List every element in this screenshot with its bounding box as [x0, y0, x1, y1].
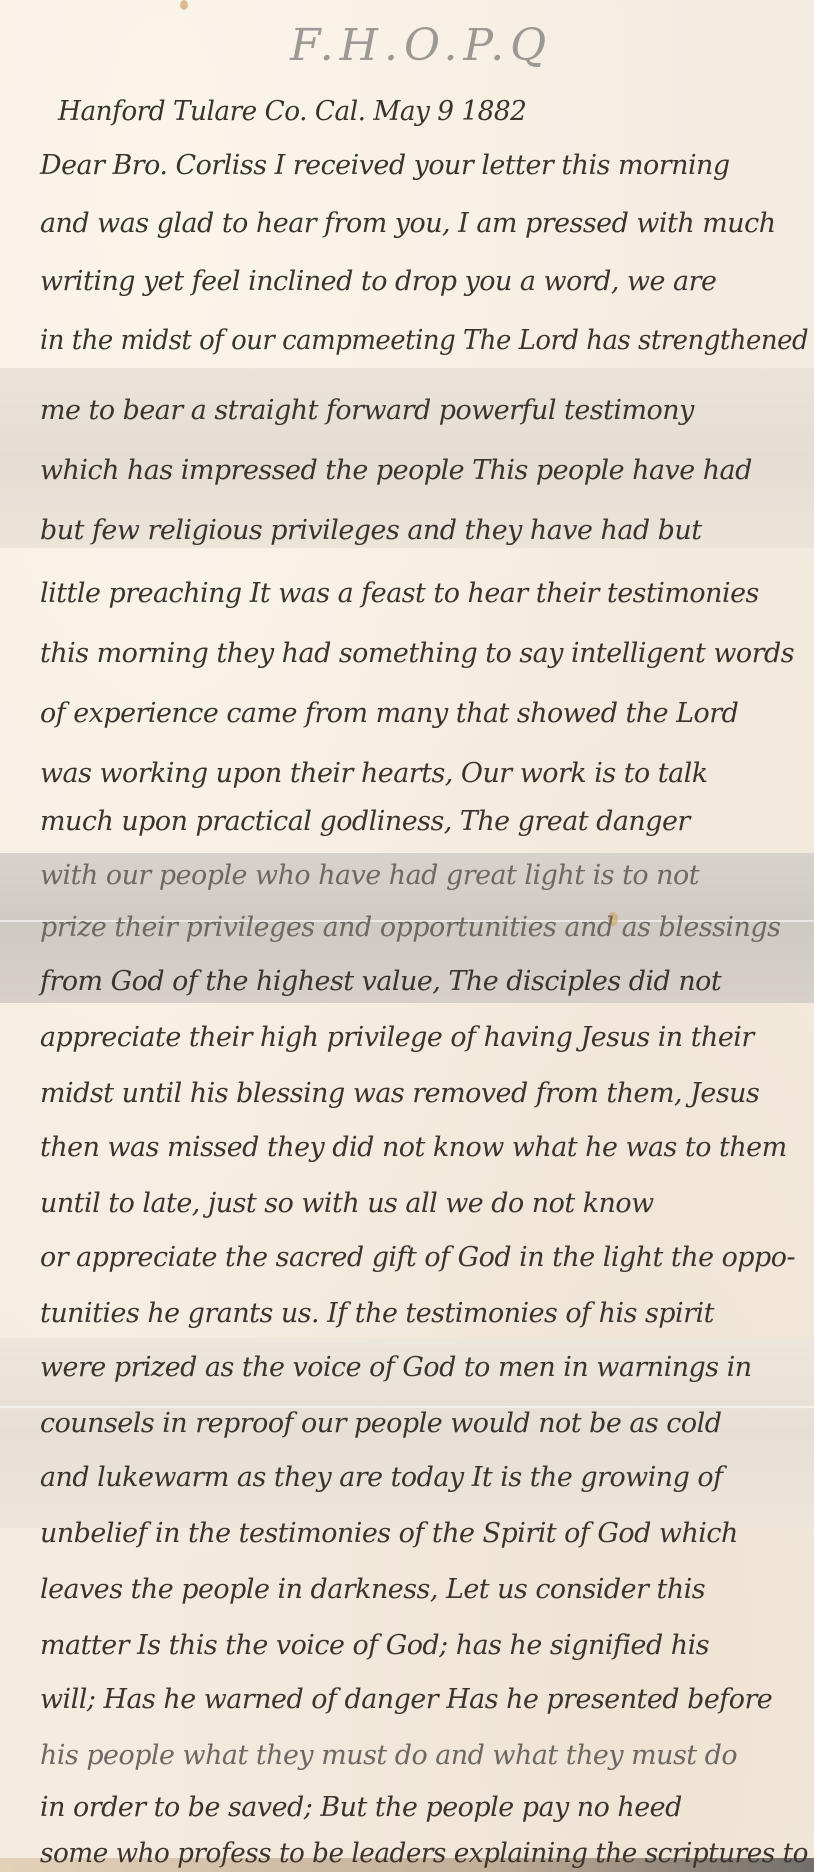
letter-line: his people what they must do and what th… — [40, 1740, 808, 1771]
letter-line: and was glad to hear from you, I am pres… — [40, 208, 808, 239]
letter-line: counsels in reproof our people would not… — [40, 1408, 808, 1439]
letter-line: or appreciate the sacred gift of God in … — [40, 1242, 808, 1273]
letter-line: prize their privileges and opportunities… — [40, 912, 808, 943]
letter-line: were prized as the voice of God to men i… — [40, 1352, 808, 1383]
pencil-header-mark: F.H.O.P.Q — [290, 20, 550, 71]
letter-line: was working upon their hearts, Our work … — [40, 758, 808, 789]
paper-stain — [180, 0, 188, 10]
letter-line: appreciate their high privilege of havin… — [40, 1022, 808, 1053]
letter-line: much upon practical godliness, The great… — [40, 806, 808, 837]
letter-line: Dear Bro. Corliss I received your letter… — [40, 150, 808, 181]
letter-line: tunities he grants us. If the testimonie… — [40, 1298, 808, 1329]
letter-line: unbelief in the testimonies of the Spiri… — [40, 1518, 808, 1549]
letter-line: me to bear a straight forward powerful t… — [40, 395, 808, 426]
letter-line: then was missed they did not know what h… — [40, 1132, 808, 1163]
letter-line: matter Is this the voice of God; has he … — [40, 1630, 808, 1661]
letter-line: some who profess to be leaders explainin… — [40, 1838, 788, 1869]
letter-line: writing yet feel inclined to drop you a … — [40, 266, 808, 297]
letter-line: little preaching It was a feast to hear … — [40, 578, 808, 609]
letter-line: and lukewarm as they are today It is the… — [40, 1462, 808, 1493]
letter-line: will; Has he warned of danger Has he pre… — [40, 1684, 808, 1715]
letter-line: until to late, just so with us all we do… — [40, 1188, 808, 1219]
letter-line: in the midst of our campmeeting The Lord… — [40, 325, 779, 356]
letter-page: F.H.O.P.Q Hanford Tulare Co. Cal. May 9 … — [0, 0, 814, 1872]
letter-line: with our people who have had great light… — [40, 860, 808, 891]
letter-line: this morning they had something to say i… — [40, 638, 808, 669]
letter-line: leaves the people in darkness, Let us co… — [40, 1574, 808, 1605]
letter-line: midst until his blessing was removed fro… — [40, 1078, 808, 1109]
place-date-line: Hanford Tulare Co. Cal. May 9 1882 — [58, 96, 808, 127]
letter-line: from God of the highest value, The disci… — [40, 966, 808, 997]
letter-line: in order to be saved; But the people pay… — [40, 1792, 808, 1823]
letter-line: which has impressed the people This peop… — [40, 455, 808, 486]
letter-line: of experience came from many that showed… — [40, 698, 808, 729]
letter-line: but few religious privileges and they ha… — [40, 515, 808, 546]
